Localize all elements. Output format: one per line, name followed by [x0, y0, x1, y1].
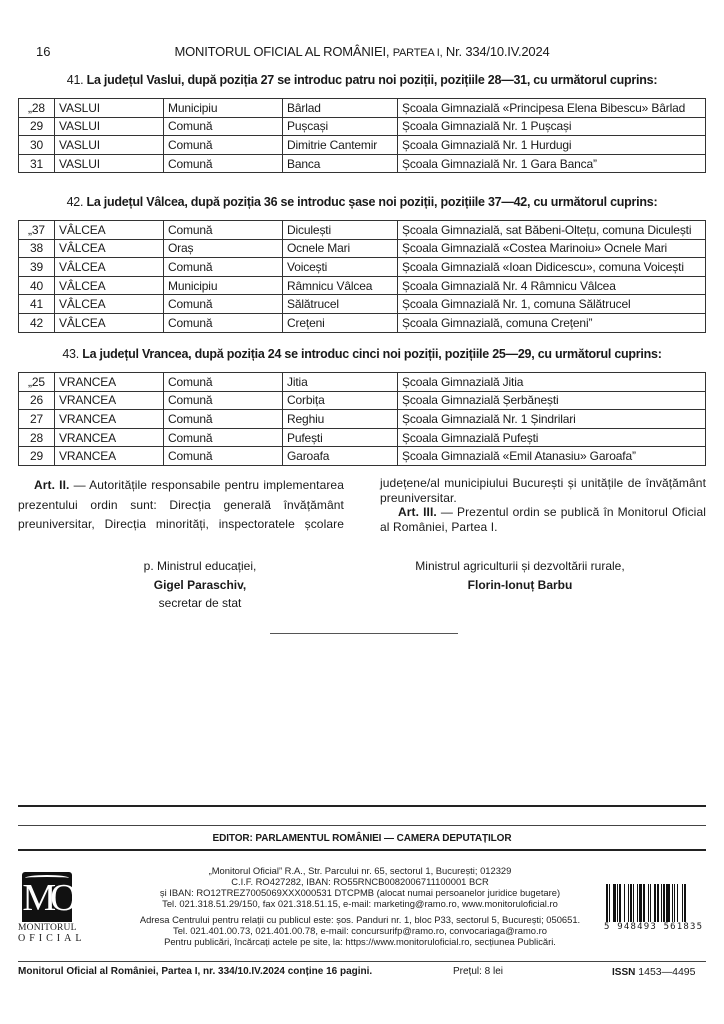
section-number: 42. — [67, 195, 84, 209]
school-cell: Școala Gimnazială «Costea Marinoiu» Ocne… — [398, 239, 706, 258]
school-cell: Școala Gimnazială Nr. 1 Pușcași — [398, 117, 706, 136]
table-row: 41VÂLCEAComunăSălătrucelȘcoala Gimnazial… — [19, 295, 706, 314]
position-cell: 29 — [19, 117, 55, 136]
locality-cell: Corbița — [283, 391, 398, 410]
school-cell: Școala Gimnazială Jitia — [398, 373, 706, 392]
position-cell: 38 — [19, 239, 55, 258]
table-row: 27VRANCEAComunăReghiuȘcoala Gimnazială N… — [19, 410, 706, 429]
table-row: 40VÂLCEAMunicipiuRâmnicu VâlceaȘcoala Gi… — [19, 276, 706, 295]
signatory-name: Gigel Paraschiv, — [80, 576, 320, 595]
barcode-icon — [606, 884, 710, 922]
unit-type-cell: Comună — [164, 295, 283, 314]
signatory-role: p. Ministrul educației, — [80, 557, 320, 576]
school-cell: Școala Gimnazială «Ioan Didicescu», comu… — [398, 258, 706, 277]
position-cell: 31 — [19, 154, 55, 173]
position-cell: „25 — [19, 373, 55, 392]
section-title-43: 43. La județul Vrancea, după poziția 24 … — [0, 347, 724, 361]
section-number: 43. — [62, 347, 79, 361]
locality-cell: Bârlad — [283, 99, 398, 118]
table-row: 42VÂLCEAComunăCrețeniȘcoala Gimnazială, … — [19, 313, 706, 332]
table-row: 39VÂLCEAComunăVoiceștiȘcoala Gimnazială … — [19, 258, 706, 277]
editor-top-rule — [18, 825, 706, 826]
unit-type-cell: Comună — [164, 391, 283, 410]
school-cell: Școala Gimnazială, sat Băbeni-Oltețu, co… — [398, 221, 706, 240]
position-cell: „28 — [19, 99, 55, 118]
article-2-continuation: județene/al municipiului București și un… — [380, 476, 706, 505]
position-cell: 40 — [19, 276, 55, 295]
locality-cell: Jitia — [283, 373, 398, 392]
unit-type-cell: Comună — [164, 447, 283, 466]
position-cell: 26 — [19, 391, 55, 410]
article-2-part1: Art. II. — Autoritățile responsabile pen… — [18, 476, 344, 535]
end-rule — [270, 633, 458, 634]
table-row: „25VRANCEAComunăJitiaȘcoala Gimnazială J… — [19, 373, 706, 392]
footer-price: Prețul: 8 lei — [453, 966, 503, 977]
table-row: 30VASLUIComunăDimitrie CantemirȘcoala Gi… — [19, 136, 706, 155]
school-cell: Școala Gimnazială, comuna Crețeni” — [398, 313, 706, 332]
unit-type-cell: Comună — [164, 136, 283, 155]
position-cell: 42 — [19, 313, 55, 332]
imprint-line: Tel. 021.318.51.29/150, fax 021.318.51.1… — [120, 898, 600, 909]
county-cell: VRANCEA — [55, 410, 164, 429]
county-cell: VÂLCEA — [55, 239, 164, 258]
locality-cell: Râmnicu Vâlcea — [283, 276, 398, 295]
unit-type-cell: Municipiu — [164, 99, 283, 118]
position-cell: 30 — [19, 136, 55, 155]
unit-type-cell: Comună — [164, 428, 283, 447]
locality-cell: Sălătrucel — [283, 295, 398, 314]
table-row: 29VASLUIComunăPușcașiȘcoala Gimnazială N… — [19, 117, 706, 136]
signatory-role: Ministrul agriculturii și dezvoltării ru… — [390, 557, 650, 576]
signatory-title: secretar de stat — [80, 594, 320, 613]
table-row: 31VASLUIComunăBancaȘcoala Gimnazială Nr.… — [19, 154, 706, 173]
contact-block: Adresa Centrului pentru relații cu publi… — [120, 914, 600, 947]
colophon-top-rule — [18, 805, 706, 807]
table-row: 28VRANCEAComunăPufeștiȘcoala Gimnazială … — [19, 428, 706, 447]
school-cell: Școala Gimnazială Pufești — [398, 428, 706, 447]
unit-type-cell: Oraș — [164, 239, 283, 258]
issn-value: 1453—4495 — [638, 966, 695, 978]
section-title-41: 41. La județul Vaslui, după poziția 27 s… — [0, 73, 724, 87]
unit-type-cell: Comună — [164, 313, 283, 332]
locality-cell: Dimitrie Cantemir — [283, 136, 398, 155]
position-cell: 27 — [19, 410, 55, 429]
county-cell: VASLUI — [55, 154, 164, 173]
imprint-block: „Monitorul Oficial” R.A., Str. Parcului … — [120, 865, 600, 909]
table-row: 29VRANCEAComunăGaroafaȘcoala Gimnazială … — [19, 447, 706, 466]
locality-cell: Reghiu — [283, 410, 398, 429]
logo-text-line2: OFICIAL — [18, 933, 76, 944]
issn-label: ISSN — [612, 967, 635, 978]
county-cell: VRANCEA — [55, 373, 164, 392]
section-heading: La județul Vaslui, după poziția 27 se in… — [87, 73, 658, 87]
section-heading: La județul Vâlcea, după poziția 36 se in… — [86, 195, 657, 209]
section-heading: La județul Vrancea, după poziția 24 se i… — [82, 347, 661, 361]
section-title-42: 42. La județul Vâlcea, după poziția 36 s… — [0, 195, 724, 209]
logo-text-line1: MONITORUL — [18, 923, 76, 933]
footer-rule — [18, 961, 706, 962]
imprint-line: „Monitorul Oficial” R.A., Str. Parcului … — [120, 865, 600, 876]
locality-cell: Voicești — [283, 258, 398, 277]
position-cell: 41 — [19, 295, 55, 314]
article-3: Art. III. — Prezentul ordin se publică î… — [380, 505, 706, 534]
county-cell: VÂLCEA — [55, 221, 164, 240]
contact-line: Tel. 021.401.00.73, 021.401.00.78, e-mai… — [120, 925, 600, 936]
position-cell: 39 — [19, 258, 55, 277]
school-cell: Școala Gimnazială Nr. 1 Hurdugi — [398, 136, 706, 155]
county-cell: VASLUI — [55, 136, 164, 155]
table-row: 26VRANCEAComunăCorbițaȘcoala Gimnazială … — [19, 391, 706, 410]
county-cell: VÂLCEA — [55, 313, 164, 332]
table-row: 38VÂLCEAOrașOcnele MariȘcoala Gimnazială… — [19, 239, 706, 258]
table-valcea: „37VÂLCEAComunăDiculeștiȘcoala Gimnazial… — [18, 220, 706, 333]
unit-type-cell: Comună — [164, 258, 283, 277]
school-cell: Școala Gimnazială «Emil Atanasiu» Garoaf… — [398, 447, 706, 466]
unit-type-cell: Comună — [164, 117, 283, 136]
locality-cell: Pușcași — [283, 117, 398, 136]
signatory-name: Florin-Ionuț Barbu — [390, 576, 650, 595]
locality-cell: Garoafa — [283, 447, 398, 466]
locality-cell: Banca — [283, 154, 398, 173]
article-3-label: Art. III. — [398, 505, 437, 519]
table-vrancea: „25VRANCEAComunăJitiaȘcoala Gimnazială J… — [18, 372, 706, 466]
issue-number: Nr. 334/10.IV.2024 — [446, 44, 550, 59]
article-2-label: Art. II. — [34, 478, 70, 492]
county-cell: VRANCEA — [55, 391, 164, 410]
logo-mark-icon: MO — [22, 872, 72, 922]
county-cell: VÂLCEA — [55, 276, 164, 295]
article-2-3-column: județene/al municipiului București și un… — [380, 476, 706, 534]
county-cell: VRANCEA — [55, 447, 164, 466]
signature-left: p. Ministrul educației, Gigel Paraschiv,… — [80, 557, 320, 613]
logo-letters: MO — [22, 878, 72, 918]
editor-bottom-rule — [18, 849, 706, 851]
section-number: 41. — [67, 73, 84, 87]
county-cell: VASLUI — [55, 99, 164, 118]
contact-line: Pentru publicări, încărcați actele pe si… — [120, 936, 600, 947]
unit-type-cell: Comună — [164, 373, 283, 392]
school-cell: Școala Gimnazială Nr. 1 Gara Banca” — [398, 154, 706, 173]
signature-right: Ministrul agriculturii și dezvoltării ru… — [390, 557, 650, 594]
table-vaslui: „28VASLUIMunicipiuBârladȘcoala Gimnazial… — [18, 98, 706, 173]
monitorul-oficial-logo: MO MONITORUL OFICIAL — [18, 872, 76, 944]
table-row: „37VÂLCEAComunăDiculeștiȘcoala Gimnazial… — [19, 221, 706, 240]
unit-type-cell: Comună — [164, 410, 283, 429]
barcode-number: 5 948493 561835 — [604, 922, 714, 932]
running-header: MONITORUL OFICIAL AL ROMÂNIEI, PARTEA I,… — [0, 44, 724, 59]
position-cell: „37 — [19, 221, 55, 240]
position-cell: 29 — [19, 447, 55, 466]
publication-part: PARTEA I, — [393, 47, 443, 59]
county-cell: VÂLCEA — [55, 258, 164, 277]
unit-type-cell: Comună — [164, 154, 283, 173]
contact-line: Adresa Centrului pentru relații cu publi… — [120, 914, 600, 925]
locality-cell: Diculești — [283, 221, 398, 240]
imprint-line: și IBAN: RO12TREZ7005069XXX000531 DTCPMB… — [120, 887, 600, 898]
unit-type-cell: Municipiu — [164, 276, 283, 295]
editor-line: EDITOR: PARLAMENTUL ROMÂNIEI — CAMERA DE… — [0, 833, 724, 844]
school-cell: Școala Gimnazială Șerbănești — [398, 391, 706, 410]
locality-cell: Pufești — [283, 428, 398, 447]
table-row: „28VASLUIMunicipiuBârladȘcoala Gimnazial… — [19, 99, 706, 118]
publication-name: MONITORUL OFICIAL AL ROMÂNIEI, — [174, 44, 389, 59]
school-cell: Școala Gimnazială Nr. 4 Râmnicu Vâlcea — [398, 276, 706, 295]
locality-cell: Crețeni — [283, 313, 398, 332]
locality-cell: Ocnele Mari — [283, 239, 398, 258]
school-cell: Școala Gimnazială Nr. 1, comuna Sălătruc… — [398, 295, 706, 314]
school-cell: Școala Gimnazială «Principesa Elena Bibe… — [398, 99, 706, 118]
unit-type-cell: Comună — [164, 221, 283, 240]
imprint-line: C.I.F. RO427282, IBAN: RO55RNCB008200671… — [120, 876, 600, 887]
county-cell: VASLUI — [55, 117, 164, 136]
school-cell: Școala Gimnazială Nr. 1 Șindrilari — [398, 410, 706, 429]
county-cell: VÂLCEA — [55, 295, 164, 314]
footer-issn: ISSN 1453—4495 — [612, 966, 695, 978]
county-cell: VRANCEA — [55, 428, 164, 447]
position-cell: 28 — [19, 428, 55, 447]
footer-summary: Monitorul Oficial al României, Partea I,… — [18, 966, 372, 977]
